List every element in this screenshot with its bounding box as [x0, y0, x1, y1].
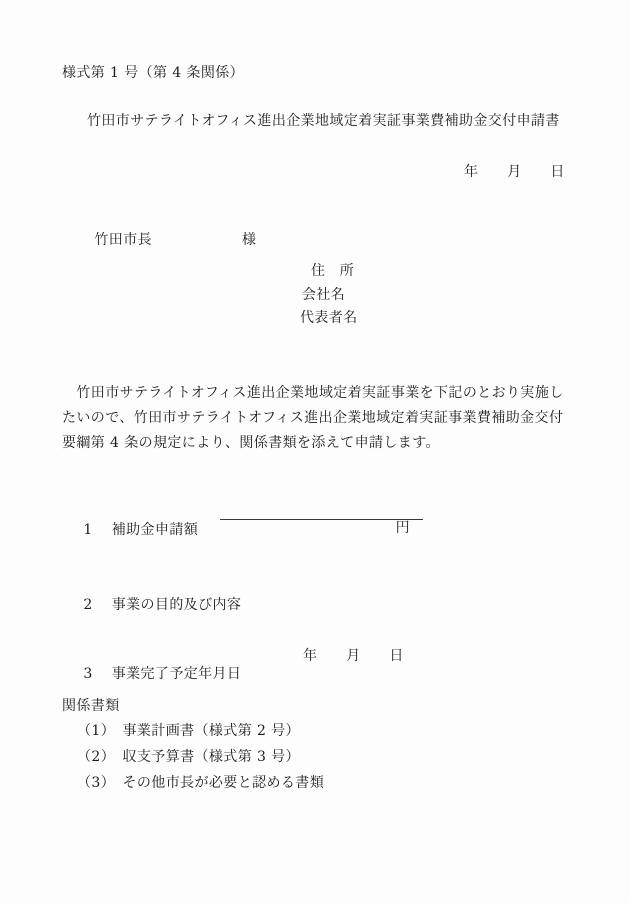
honorific-sama: 様: [242, 232, 256, 248]
related-documents-heading: 関係書類: [62, 697, 120, 715]
item-2-label: 事業の目的及び内容: [112, 597, 242, 613]
amount-blank-field: 円: [220, 501, 423, 520]
representative-label: 代表者名: [300, 309, 358, 327]
application-form-page: 様式第 1 号（第 4 条関係） 竹田市サテライトオフィス進出企業地域定着実証事…: [0, 0, 630, 903]
body-paragraph-line-3: 要綱第 4 条の規定により、関係書類を添えて申請します。: [62, 434, 440, 452]
item-2-purpose: 2事業の目的及び内容: [64, 578, 241, 632]
addressee-line: 竹田市長様: [75, 213, 256, 267]
attachment-item-2: （2） 収支予算書（様式第 3 号）: [77, 748, 300, 766]
document-title: 竹田市サテライトオフィス進出企業地域定着実証事業費補助金交付申請書: [87, 112, 560, 130]
attachment-item-1: （1） 事業計画書（様式第 2 号）: [77, 722, 300, 740]
item-2-number: 2: [83, 597, 92, 613]
mayor-title: 竹田市長: [94, 232, 152, 248]
address-label: 住 所: [311, 262, 354, 280]
body-paragraph-line-1: 竹田市サテライトオフィス進出企業地域定着実証事業を下記のとおり実施し: [62, 384, 564, 402]
item-3-number: 3: [83, 666, 92, 682]
body-paragraph-line-2: たいので、竹田市サテライトオフィス進出企業地域定着実証事業費補助金交付: [62, 409, 563, 427]
attachment-item-3: （3） その他市長が必要と認める書類: [77, 774, 324, 792]
form-number: 様式第 1 号（第 4 条関係）: [62, 64, 244, 82]
yen-unit: 円: [396, 520, 410, 536]
date-line: 年 月 日: [464, 163, 565, 181]
item-3-label: 事業完了予定年月日: [112, 666, 242, 682]
item-1-number: 1: [83, 522, 92, 538]
item-3-date-blanks: 年 月 日: [303, 647, 404, 665]
item-1-label: 補助金申請額: [112, 522, 198, 538]
item-3-completion-date: 3事業完了予定年月日: [64, 647, 241, 701]
company-name-label: 会社名: [302, 286, 345, 304]
item-1-subsidy-amount: 1補助金申請額: [64, 503, 198, 557]
